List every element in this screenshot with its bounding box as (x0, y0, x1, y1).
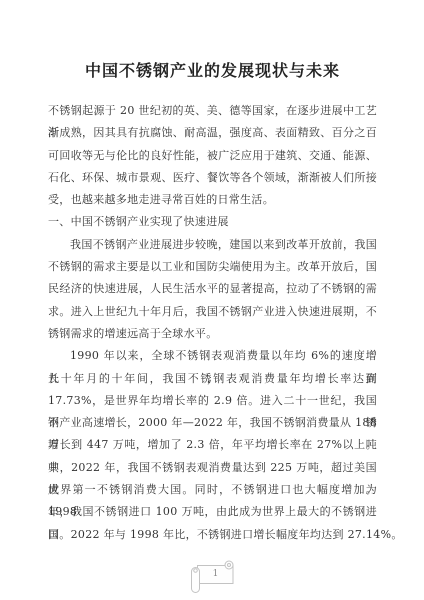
page-footer: 1 (0, 560, 424, 593)
text-line: 民经济的快速进展，人民生活水平的显著提高，拉动了不锈钢的需 (48, 278, 377, 300)
text-line: 受，也越来越多地走进寻常百姓的日常生活。 (48, 189, 377, 211)
text-line: 国。2022 年与 1998 年比，不锈钢进口增长幅度年均达到 27.14%。 (48, 524, 377, 546)
text-line: 石化、环保、城市景观、医疗、餐饮等各个领域，渐渐被人们所接 (48, 167, 377, 189)
text-line: 不锈钢起源于 20 世纪初的英、美、德等国家，在逐步进展中工艺渐 (48, 100, 377, 122)
text-line: 1990 年以来，全球不锈钢表观消费量以年均 6%的速度增长，而 (48, 345, 377, 367)
page-number-scroll: 1 (189, 560, 236, 593)
document-page: 中国不锈钢产业的发展现状与未来 不锈钢起源于 20 世纪初的英、美、德等国家，在… (0, 0, 424, 600)
text-line: 我国不锈钢产业进展进步较晚，建国以来到改革开放前，我国 (48, 234, 377, 256)
paragraph-2: 我国不锈钢产业进展进步较晚，建国以来到改革开放前，我国 不锈钢的需求主要是以工业… (48, 234, 377, 345)
page-number: 1 (201, 569, 231, 579)
text-line: 17.73%，是世界年均增长率的 2.9 倍。进入二十一世纪，我国不锈 (48, 390, 377, 412)
text-line: 九十年月的十年间，我国不锈钢表观消费量年均增长率达到 (48, 368, 377, 390)
paragraph-1: 不锈钢起源于 20 世纪初的英、美、德等国家，在逐步进展中工艺渐 渐成熟，因其具… (48, 100, 377, 211)
text-line: 钢产业高速增长，2000 年—2022 年，我国不锈钢消费量从 188 万吨 (48, 412, 377, 434)
text-line: 渐成熟，因其具有抗腐蚀、耐高温，强度高、表面精致、百分之百 (48, 122, 377, 144)
document-body: 不锈钢起源于 20 世纪初的英、美、德等国家，在逐步进展中工艺渐 渐成熟，因其具… (48, 100, 377, 546)
text-line: 求。进入上世纪九十年月后，我国不锈钢产业进入快速进展期，不 (48, 301, 377, 323)
text-line: 增长到 447 万吨，增加了 2.3 倍，年平均增长率在 27%以上。其 (48, 434, 377, 456)
paragraph-3: 1990 年以来，全球不锈钢表观消费量以年均 6%的速度增长，而 九十年月的十年… (48, 345, 377, 546)
document-title: 中国不锈钢产业的发展现状与未来 (48, 58, 377, 84)
text-line: 可回收等无与伦比的良好性能，被广泛应用于建筑、交通、能源、 (48, 145, 377, 167)
text-line: 世界第一不锈钢消费大国。同时，不锈钢进口也大幅度增加。1998 (48, 479, 377, 501)
text-line: 锈钢需求的增速远高于全球水平。 (48, 323, 377, 345)
text-line: 中，2022 年，我国不锈钢表观消费量达到 225 万吨，超过美国成为 (48, 457, 377, 479)
text-line: 不锈钢的需求主要是以工业和国防尖端使用为主。改革开放后，国 (48, 256, 377, 278)
text-line: 年，我国不锈钢进口 100 万吨，由此成为世界上最大的不锈钢进口 (48, 501, 377, 523)
section-heading: 一、中国不锈钢产业实现了快速进展 (48, 211, 377, 233)
